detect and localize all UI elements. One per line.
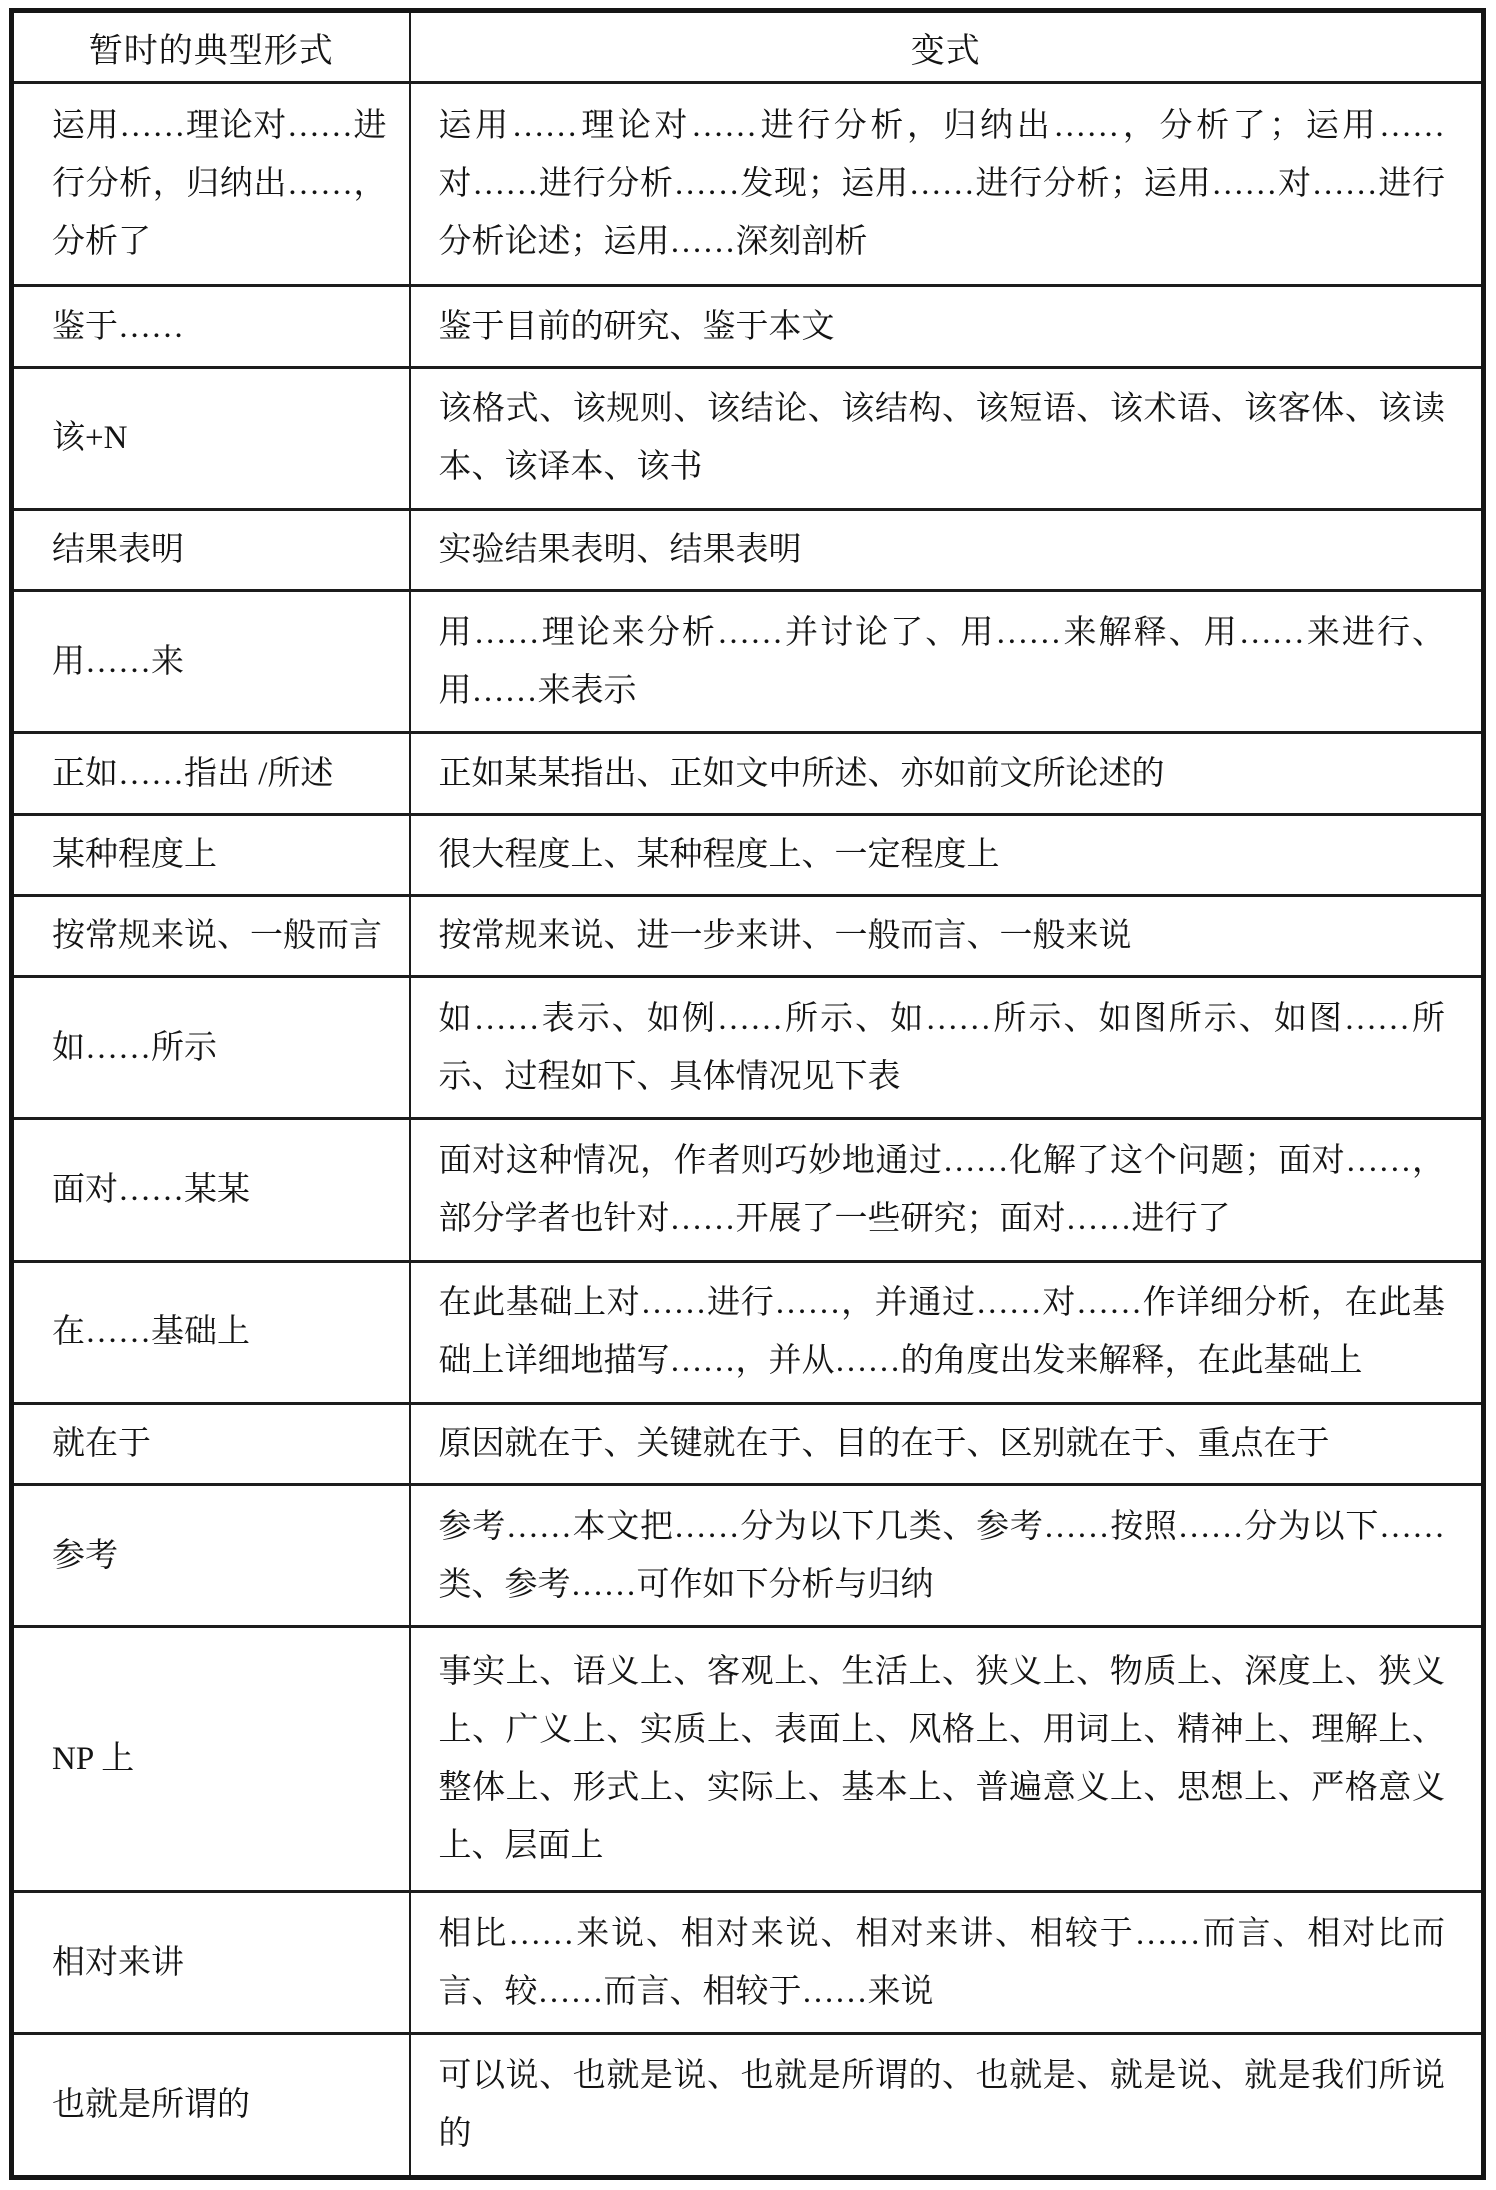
table-row: 相对来讲相比……来说、相对来说、相对来讲、相较于……而言、相对比而言、较……而言…	[12, 1892, 1484, 2034]
table-row: 如……所示如……表示、如例……所示、如……所示、如图所示、如图……所示、过程如下…	[12, 977, 1484, 1119]
table-row: 用……来用……理论来分析……并讨论了、用……来解释、用……来进行、用……来表示	[12, 591, 1484, 733]
header-variants: 变式	[410, 11, 1484, 83]
table-row: 鉴于……鉴于目前的研究、鉴于本文	[12, 286, 1484, 367]
variants-cell: 按常规来说、进一步来讲、一般而言、一般来说	[410, 895, 1484, 976]
table-row: 某种程度上很大程度上、某种程度上、一定程度上	[12, 814, 1484, 895]
typical-form-cell: NP 上	[12, 1627, 410, 1892]
table-row: 就在于原因就在于、关键就在于、目的在于、区别就在于、重点在于	[12, 1403, 1484, 1484]
table-row: 参考参考……本文把……分为以下几类、参考……按照……分为以下……类、参考……可作…	[12, 1485, 1484, 1627]
variants-cell: 很大程度上、某种程度上、一定程度上	[410, 814, 1484, 895]
scanned-table-page: 暂时的典型形式 变式 运用……理论对……进行分析，归纳出……，分析了运用……理论…	[0, 0, 1496, 2190]
table-row: 也就是所谓的可以说、也就是说、也就是所谓的、也就是、就是说、就是我们所说的	[12, 2034, 1484, 2178]
typical-form-cell: 面对……某某	[12, 1119, 410, 1261]
variants-cell: 可以说、也就是说、也就是所谓的、也就是、就是说、就是我们所说的	[410, 2034, 1484, 2178]
typical-form-cell: 运用……理论对……进行分析，归纳出……，分析了	[12, 83, 410, 286]
typical-form-cell: 该+N	[12, 367, 410, 509]
typical-form-cell: 结果表明	[12, 509, 410, 590]
typical-form-cell: 如……所示	[12, 977, 410, 1119]
typical-form-cell: 某种程度上	[12, 814, 410, 895]
table-row: 在……基础上在此基础上对……进行……，并通过……对……作详细分析，在此基础上详细…	[12, 1261, 1484, 1403]
typical-forms-variants-table: 暂时的典型形式 变式 运用……理论对……进行分析，归纳出……，分析了运用……理论…	[9, 8, 1486, 2180]
variants-cell: 运用……理论对……进行分析，归纳出……，分析了；运用……对……进行分析……发现；…	[410, 83, 1484, 286]
variants-cell: 事实上、语义上、客观上、生活上、狭义上、物质上、深度上、狭义上、广义上、实质上、…	[410, 1627, 1484, 1892]
typical-form-cell: 正如……指出 /所述	[12, 733, 410, 814]
variants-cell: 实验结果表明、结果表明	[410, 509, 1484, 590]
header-typical-form: 暂时的典型形式	[12, 11, 410, 83]
table-row: 该+N该格式、该规则、该结论、该结构、该短语、该术语、该客体、该读本、该译本、该…	[12, 367, 1484, 509]
typical-form-cell: 就在于	[12, 1403, 410, 1484]
variants-cell: 相比……来说、相对来说、相对来讲、相较于……而言、相对比而言、较……而言、相较于…	[410, 1892, 1484, 2034]
typical-form-cell: 用……来	[12, 591, 410, 733]
typical-form-cell: 也就是所谓的	[12, 2034, 410, 2178]
typical-form-cell: 参考	[12, 1485, 410, 1627]
table-row: NP 上事实上、语义上、客观上、生活上、狭义上、物质上、深度上、狭义上、广义上、…	[12, 1627, 1484, 1892]
variants-cell: 如……表示、如例……所示、如……所示、如图所示、如图……所示、过程如下、具体情况…	[410, 977, 1484, 1119]
variants-cell: 正如某某指出、正如文中所述、亦如前文所论述的	[410, 733, 1484, 814]
table-body: 运用……理论对……进行分析，归纳出……，分析了运用……理论对……进行分析，归纳出…	[12, 83, 1484, 2178]
typical-form-cell: 在……基础上	[12, 1261, 410, 1403]
table-row: 按常规来说、一般而言按常规来说、进一步来讲、一般而言、一般来说	[12, 895, 1484, 976]
variants-cell: 原因就在于、关键就在于、目的在于、区别就在于、重点在于	[410, 1403, 1484, 1484]
variants-cell: 在此基础上对……进行……，并通过……对……作详细分析，在此基础上详细地描写……，…	[410, 1261, 1484, 1403]
variants-cell: 该格式、该规则、该结论、该结构、该短语、该术语、该客体、该读本、该译本、该书	[410, 367, 1484, 509]
variants-cell: 用……理论来分析……并讨论了、用……来解释、用……来进行、用……来表示	[410, 591, 1484, 733]
table-row: 正如……指出 /所述正如某某指出、正如文中所述、亦如前文所论述的	[12, 733, 1484, 814]
typical-form-cell: 鉴于……	[12, 286, 410, 367]
typical-form-cell: 按常规来说、一般而言	[12, 895, 410, 976]
header-row: 暂时的典型形式 变式	[12, 11, 1484, 83]
table-row: 运用……理论对……进行分析，归纳出……，分析了运用……理论对……进行分析，归纳出…	[12, 83, 1484, 286]
variants-cell: 鉴于目前的研究、鉴于本文	[410, 286, 1484, 367]
variants-cell: 面对这种情况，作者则巧妙地通过……化解了这个问题；面对……，部分学者也针对……开…	[410, 1119, 1484, 1261]
table-row: 结果表明实验结果表明、结果表明	[12, 509, 1484, 590]
typical-form-cell: 相对来讲	[12, 1892, 410, 2034]
variants-cell: 参考……本文把……分为以下几类、参考……按照……分为以下……类、参考……可作如下…	[410, 1485, 1484, 1627]
table-row: 面对……某某面对这种情况，作者则巧妙地通过……化解了这个问题；面对……，部分学者…	[12, 1119, 1484, 1261]
